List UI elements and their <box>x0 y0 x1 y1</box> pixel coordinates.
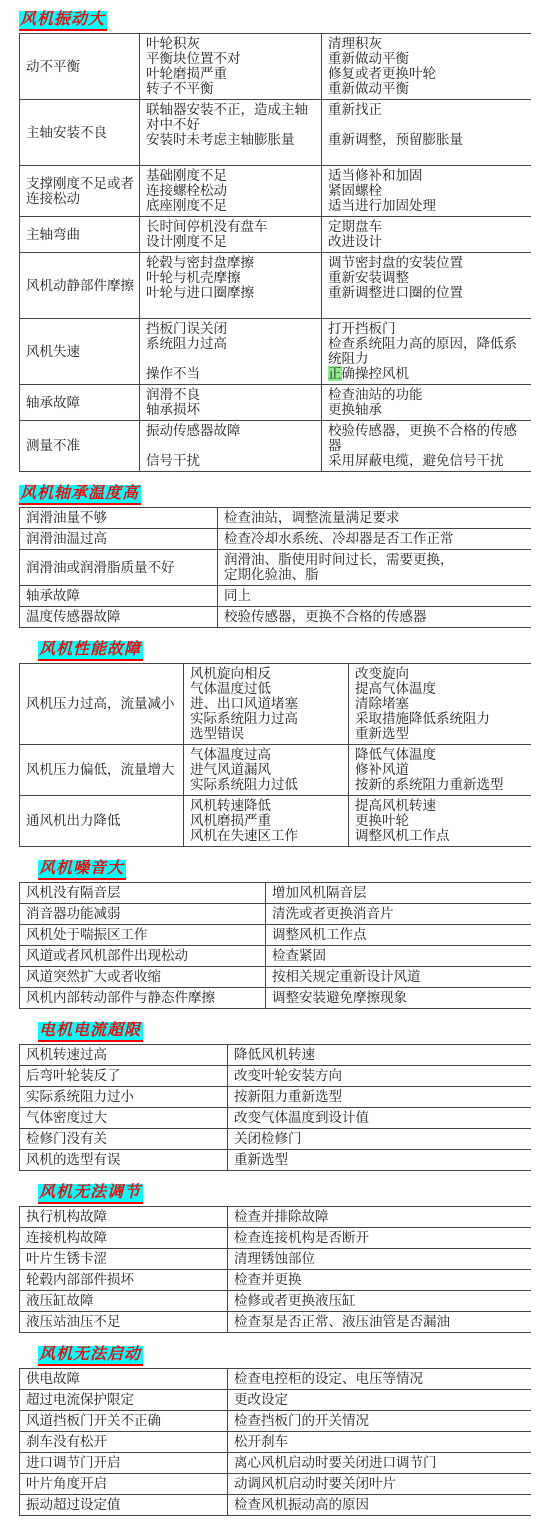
fault-row: 叶片角度开启动调风机启动时要关闭叶片 <box>20 1474 531 1495</box>
section-fan-noise-high: 风机噪音大风机没有隔音层增加风机隔音层消音器功能减弱清洗或者更换消音片风机处于喘… <box>19 860 531 1009</box>
cell-line: 正确操控风机 <box>328 366 527 381</box>
section-heading-wrap: 风机振动大 <box>19 11 531 31</box>
cell-line: 润滑油或润滑脂质量不好 <box>26 560 213 575</box>
cell-line: 松开刹车 <box>234 1434 527 1449</box>
fault-row: 风机处于喘振区工作调整风机工作点 <box>20 925 531 946</box>
remedy-cell: 定期盘车改进设计 <box>322 217 531 253</box>
cell-line: 润滑不良 <box>146 387 317 402</box>
cell-line: 通风机出力降低 <box>26 813 179 828</box>
fault-row: 轴承故障润滑不良轴承损坏检查油站的功能更换轴承 <box>20 385 531 421</box>
remedy-cell: 清洗或者更换消音片 <box>266 904 531 925</box>
cell-line <box>328 117 527 132</box>
cell-line: 气体密度过大 <box>26 1110 223 1125</box>
fault-row: 主轴安装不良联轴器安装不正，造成主轴对中不好安装时未考虑主轴膨胀量重新找正重新调… <box>20 100 531 166</box>
remedy-cell: 降低气体温度修补风道按新的系统阻力重新选型 <box>349 745 531 796</box>
cell-line: 轴承故障 <box>26 395 135 410</box>
fault-row: 润滑油量不够检查油站，调整流量满足要求 <box>20 508 531 529</box>
section-heading-fan-vibration-high: 风机振动大 <box>19 11 107 31</box>
fault-label-cell: 主轴安装不良 <box>20 100 140 166</box>
fault-label-cell: 轴承故障 <box>20 586 218 607</box>
fault-row: 主轴弯曲长时间停机没有盘车设计刚度不足定期盘车改进设计 <box>20 217 531 253</box>
remedy-cell: 检查泵是否正常、液压油管是否漏油 <box>228 1312 531 1333</box>
cell-line: 改变气体温度到设计值 <box>234 1110 527 1125</box>
cell-line: 改变旋向 <box>355 666 527 681</box>
cell-line: 动调风机启动时要关闭叶片 <box>234 1476 527 1491</box>
section-fan-bearing-temp-high: 风机轴承温度高润滑油量不够检查油站，调整流量满足要求润滑油温过高检查冷却水系统、… <box>19 485 531 628</box>
cell-line: 离心风机启动时要关闭进口调节门 <box>234 1455 527 1470</box>
cell-line: 振动超过设定值 <box>26 1497 223 1512</box>
cell-line: 安装时未考虑主轴膨胀量 <box>146 132 317 147</box>
remedy-cell: 检查连接机构是否断开 <box>228 1228 531 1249</box>
cell-line: 风机压力偏低，流量增大 <box>26 762 179 777</box>
cell-line: 检查挡板门的开关情况 <box>234 1413 527 1428</box>
remedy-cell: 改变气体温度到设计值 <box>228 1108 531 1129</box>
fault-label-cell: 风机压力过高，流量减小 <box>20 664 184 745</box>
fault-label-cell: 风机没有隔音层 <box>20 883 266 904</box>
section-fan-cannot-start: 风机无法启动供电故障检查电控柜的设定、电压等情况超过电流保护限定更改设定风道挡板… <box>19 1346 531 1516</box>
cell-line: 采取措施降低系统阻力 <box>355 711 527 726</box>
remedy-cell: 检查电控柜的设定、电压等情况 <box>228 1369 531 1390</box>
cause-cell: 叶轮积灰平衡块位置不对叶轮磨损严重转子不平衡 <box>140 34 322 100</box>
remedy-cell: 调整风机工作点 <box>266 925 531 946</box>
fault-row: 风机内部转动部件与静态件摩擦调整安装避免摩擦现象 <box>20 988 531 1009</box>
highlighted-text: 正 <box>328 366 342 381</box>
cell-line: 风道挡板门开关不正确 <box>26 1413 223 1428</box>
cell-line: 重新选型 <box>355 726 527 741</box>
cell-line: 测量不准 <box>26 438 135 453</box>
cell-line: 风机的选型有误 <box>26 1152 223 1167</box>
cell-line: 风机没有隔音层 <box>26 885 261 900</box>
cell-line: 气体温度过高 <box>190 747 344 762</box>
fault-table-fan-cannot-start: 供电故障检查电控柜的设定、电压等情况超过电流保护限定更改设定风道挡板门开关不正确… <box>19 1368 531 1516</box>
cause-cell: 气体温度过高进气风道漏风实际系统阻力过低 <box>184 745 349 796</box>
cell-line: 后弯叶轮装反了 <box>26 1068 223 1083</box>
cell-line: 供电故障 <box>26 1371 223 1386</box>
cell-line: 叶片生锈卡涩 <box>26 1251 223 1266</box>
remedy-cell: 清理锈蚀部位 <box>228 1249 531 1270</box>
section-fan-vibration-high: 风机振动大动不平衡叶轮积灰平衡块位置不对叶轮磨损严重转子不平衡清理积灰重新做动平… <box>19 11 531 472</box>
cell-line: 清洗或者更换消音片 <box>272 906 527 921</box>
fault-label-cell: 叶片生锈卡涩 <box>20 1249 228 1270</box>
cause-cell: 风机旋向相反气体温度过低进、出口风道堵塞实际系统阻力过高选型错误 <box>184 664 349 745</box>
cell-line: 调节密封盘的安装位置 <box>328 255 527 270</box>
cause-cell: 长时间停机没有盘车设计刚度不足 <box>140 217 322 253</box>
cell-line: 更换叶轮 <box>355 813 527 828</box>
cell-line: 更改设定 <box>234 1392 527 1407</box>
cause-cell: 联轴器安装不正，造成主轴对中不好安装时未考虑主轴膨胀量 <box>140 100 322 166</box>
cell-line: 改进设计 <box>328 234 527 249</box>
cell-line: 选型错误 <box>190 726 344 741</box>
fault-row: 风机转速过高降低风机转速 <box>20 1045 531 1066</box>
cell-line: 打开挡板门 <box>328 321 527 336</box>
fault-label-cell: 叶片角度开启 <box>20 1474 228 1495</box>
remedy-cell: 提高风机转速更换叶轮调整风机工作点 <box>349 796 531 847</box>
cell-line: 刹车没有松开 <box>26 1434 223 1449</box>
cell-line: 重新做动平衡 <box>328 81 527 96</box>
remedy-cell: 同上 <box>218 586 531 607</box>
cell-line: 叶轮积灰 <box>146 36 317 51</box>
fault-label-cell: 动不平衡 <box>20 34 140 100</box>
remedy-cell: 改变旋向提高气体温度清除堵塞采取措施降低系统阻力重新选型 <box>349 664 531 745</box>
fault-row: 风机动静部件摩擦轮毂与密封盘摩擦叶轮与机壳摩擦叶轮与进口圈摩擦调节密封盘的安装位… <box>20 253 531 319</box>
cell-line: 基础刚度不足 <box>146 168 317 183</box>
cell-line: 实际系统阻力过小 <box>26 1089 223 1104</box>
cell-line: 检修或者更换液压缸 <box>234 1293 527 1308</box>
cell-line: 降低气体温度 <box>355 747 527 762</box>
cell-line: 清理锈蚀部位 <box>234 1251 527 1266</box>
cell-line: 进气风道漏风 <box>190 762 344 777</box>
fault-row: 通风机出力降低风机转速降低风机磨损严重风机在失速区工作提高风机转速更换叶轮调整风… <box>20 796 531 847</box>
cause-cell: 风机转速降低风机磨损严重风机在失速区工作 <box>184 796 349 847</box>
remedy-cell: 检查油站的功能更换轴承 <box>322 385 531 421</box>
remedy-cell: 润滑油、脂使用时间过长，需要更换，定期化验油、脂 <box>218 550 531 586</box>
fault-row: 叶片生锈卡涩清理锈蚀部位 <box>20 1249 531 1270</box>
fault-row: 润滑油或润滑脂质量不好润滑油、脂使用时间过长，需要更换，定期化验油、脂 <box>20 550 531 586</box>
cell-line: 系统阻力过高 <box>146 336 317 351</box>
cell-line <box>146 147 317 162</box>
fault-row: 动不平衡叶轮积灰平衡块位置不对叶轮磨损严重转子不平衡清理积灰重新做动平衡修复或者… <box>20 34 531 100</box>
cell-line: 适当修补和加固 <box>328 168 527 183</box>
fault-table-fan-bearing-temp-high: 润滑油量不够检查油站，调整流量满足要求润滑油温过高检查冷却水系统、冷却器是否工作… <box>19 507 531 628</box>
cell-line <box>146 351 317 366</box>
fault-table-fan-noise-high: 风机没有隔音层增加风机隔音层消音器功能减弱清洗或者更换消音片风机处于喘振区工作调… <box>19 882 531 1009</box>
fault-label-cell: 风机内部转动部件与静态件摩擦 <box>20 988 266 1009</box>
cell-line: 检查并更换 <box>234 1272 527 1287</box>
fault-row: 测量不准振动传感器故障信号干扰校验传感器，更换不合格的传感器采用屏蔽电缆，避免信… <box>20 421 531 472</box>
fault-label-cell: 润滑油或润滑脂质量不好 <box>20 550 218 586</box>
remedy-cell: 调节密封盘的安装位置重新安装调整重新调整进口圈的位置 <box>322 253 531 319</box>
fault-row: 风机的选型有误重新选型 <box>20 1150 531 1171</box>
fault-label-cell: 执行机构故障 <box>20 1207 228 1228</box>
cell-line: 校验传感器，更换不合格的传感器 <box>328 423 527 453</box>
cell-line: 风机在失速区工作 <box>190 828 344 843</box>
cell-line: 风机转速过高 <box>26 1047 223 1062</box>
fault-table-fan-vibration-high: 动不平衡叶轮积灰平衡块位置不对叶轮磨损严重转子不平衡清理积灰重新做动平衡修复或者… <box>19 33 531 472</box>
fault-sections-container: 风机振动大动不平衡叶轮积灰平衡块位置不对叶轮磨损严重转子不平衡清理积灰重新做动平… <box>19 11 531 1516</box>
cell-line: 重新安装调整 <box>328 270 527 285</box>
fault-label-cell: 主轴弯曲 <box>20 217 140 253</box>
cell-line <box>146 438 317 453</box>
fault-label-cell: 液压缸故障 <box>20 1291 228 1312</box>
cell-line: 清理积灰 <box>328 36 527 51</box>
cell-line: 更换轴承 <box>328 402 527 417</box>
cell-line: 信号干扰 <box>146 453 317 468</box>
section-heading-motor-current-over-limit: 电机电流超限 <box>38 1022 143 1042</box>
cell-line: 转子不平衡 <box>146 81 317 96</box>
fault-label-cell: 气体密度过大 <box>20 1108 228 1129</box>
cell-line: 实际系统阻力过低 <box>190 777 344 792</box>
plain-text: 确操控风机 <box>342 366 410 381</box>
fault-table-motor-current-over-limit: 风机转速过高降低风机转速后弯叶轮装反了改变叶轮安装方向实际系统阻力过小按新阻力重… <box>19 1044 531 1171</box>
fault-label-cell: 测量不准 <box>20 421 140 472</box>
cell-line <box>146 300 317 315</box>
cell-line: 定期化验油、脂 <box>224 567 527 582</box>
cell-line: 进、出口风道堵塞 <box>190 696 344 711</box>
cause-cell: 振动传感器故障信号干扰 <box>140 421 322 472</box>
cell-line: 风机失速 <box>26 344 135 359</box>
fault-label-cell: 刹车没有松开 <box>20 1432 228 1453</box>
remedy-cell: 改变叶轮安装方向 <box>228 1066 531 1087</box>
cell-line: 底座刚度不足 <box>146 198 317 213</box>
fault-row: 振动超过设定值检查风机振动高的原因 <box>20 1495 531 1516</box>
remedy-cell: 降低风机转速 <box>228 1045 531 1066</box>
cell-line: 润滑油量不够 <box>26 510 213 525</box>
fault-row: 检修门没有关关闭检修门 <box>20 1129 531 1150</box>
cell-line: 轮毂与密封盘摩擦 <box>146 255 317 270</box>
cell-line: 重新做动平衡 <box>328 51 527 66</box>
cell-line: 重新选型 <box>234 1152 527 1167</box>
cell-line: 调整安装避免摩擦现象 <box>272 990 527 1005</box>
cell-line: 叶片角度开启 <box>26 1476 223 1491</box>
section-heading-wrap: 风机噪音大 <box>38 860 531 880</box>
cause-cell: 挡板门误关闭系统阻力过高操作不当 <box>140 319 322 385</box>
cell-line: 检查泵是否正常、液压油管是否漏油 <box>234 1314 527 1329</box>
cell-line: 主轴安装不良 <box>26 125 135 140</box>
cell-line: 平衡块位置不对 <box>146 51 317 66</box>
cell-line: 风机转速降低 <box>190 798 344 813</box>
remedy-cell: 松开刹车 <box>228 1432 531 1453</box>
remedy-cell: 按相关规定重新设计风道 <box>266 967 531 988</box>
cell-line: 挡板门误关闭 <box>146 321 317 336</box>
fault-row: 超过电流保护限定更改设定 <box>20 1390 531 1411</box>
fault-label-cell: 振动超过设定值 <box>20 1495 228 1516</box>
cell-line: 振动传感器故障 <box>146 423 317 438</box>
fault-row: 轮毂内部部件损坏检查并更换 <box>20 1270 531 1291</box>
cell-line: 检查系统阻力高的原因，降低系统阻力 <box>328 336 527 366</box>
fault-label-cell: 液压站油压不足 <box>20 1312 228 1333</box>
cell-line: 气体温度过低 <box>190 681 344 696</box>
cell-line: 进口调节门开启 <box>26 1455 223 1470</box>
cell-line: 定期盘车 <box>328 219 527 234</box>
fault-row: 风机没有隔音层增加风机隔音层 <box>20 883 531 904</box>
cell-line: 适当进行加固处理 <box>328 198 527 213</box>
fault-row: 支撑刚度不足或者连接松动基础刚度不足连接螺栓松动底座刚度不足适当修补和加固紧固螺… <box>20 166 531 217</box>
fault-row: 刹车没有松开松开刹车 <box>20 1432 531 1453</box>
fault-row: 连接机构故障检查连接机构是否断开 <box>20 1228 531 1249</box>
fault-label-cell: 检修门没有关 <box>20 1129 228 1150</box>
cell-line: 操作不当 <box>146 366 317 381</box>
cell-line: 降低风机转速 <box>234 1047 527 1062</box>
fault-label-cell: 轮毂内部部件损坏 <box>20 1270 228 1291</box>
fault-label-cell: 风道或者风机部件出现松动 <box>20 946 266 967</box>
fault-label-cell: 风机处于喘振区工作 <box>20 925 266 946</box>
cell-line: 液压缸故障 <box>26 1293 223 1308</box>
cell-line: 实际系统阻力过高 <box>190 711 344 726</box>
fault-row: 后弯叶轮装反了改变叶轮安装方向 <box>20 1066 531 1087</box>
cell-line: 动不平衡 <box>26 59 135 74</box>
fault-label-cell: 后弯叶轮装反了 <box>20 1066 228 1087</box>
section-heading-fan-cannot-start: 风机无法启动 <box>38 1346 143 1366</box>
cell-line: 修复或者更换叶轮 <box>328 66 527 81</box>
fault-table-fan-performance-fault: 风机压力过高，流量减小风机旋向相反气体温度过低进、出口风道堵塞实际系统阻力过高选… <box>19 663 531 847</box>
cause-cell: 轮毂与密封盘摩擦叶轮与机壳摩擦叶轮与进口圈摩擦 <box>140 253 322 319</box>
cell-line: 轮毂内部部件损坏 <box>26 1272 223 1287</box>
fault-row: 液压站油压不足检查泵是否正常、液压油管是否漏油 <box>20 1312 531 1333</box>
remedy-cell: 关闭检修门 <box>228 1129 531 1150</box>
cell-line: 叶轮与机壳摩擦 <box>146 270 317 285</box>
cell-line: 设计刚度不足 <box>146 234 317 249</box>
fault-row: 温度传感器故障校验传感器，更换不合格的传感器 <box>20 607 531 628</box>
cell-line: 按新的系统阻力重新选型 <box>355 777 527 792</box>
cell-line: 联轴器安装不正，造成主轴对中不好 <box>146 102 317 132</box>
fault-label-cell: 风道突然扩大或者收缩 <box>20 967 266 988</box>
cell-line: 检查风机振动高的原因 <box>234 1497 527 1512</box>
fault-label-cell: 风机转速过高 <box>20 1045 228 1066</box>
cell-line: 关闭检修门 <box>234 1131 527 1146</box>
cell-line: 采用屏蔽电缆，避免信号干扰 <box>328 453 527 468</box>
fault-label-cell: 风机动静部件摩擦 <box>20 253 140 319</box>
fault-row: 风道挡板门开关不正确检查挡板门的开关情况 <box>20 1411 531 1432</box>
fault-label-cell: 连接机构故障 <box>20 1228 228 1249</box>
fault-label-cell: 润滑油量不够 <box>20 508 218 529</box>
fault-label-cell: 实际系统阻力过小 <box>20 1087 228 1108</box>
remedy-cell: 清理积灰重新做动平衡修复或者更换叶轮重新做动平衡 <box>322 34 531 100</box>
remedy-cell: 增加风机隔音层 <box>266 883 531 904</box>
remedy-cell: 检查并更换 <box>228 1270 531 1291</box>
fault-row: 风机压力过高，流量减小风机旋向相反气体温度过低进、出口风道堵塞实际系统阻力过高选… <box>20 664 531 745</box>
section-fan-cannot-adjust: 风机无法调节执行机构故障检查并排除故障连接机构故障检查连接机构是否断开叶片生锈卡… <box>19 1184 531 1333</box>
cell-line: 风道或者风机部件出现松动 <box>26 948 261 963</box>
remedy-cell: 检查挡板门的开关情况 <box>228 1411 531 1432</box>
fault-row: 执行机构故障检查并排除故障 <box>20 1207 531 1228</box>
remedy-cell: 检查紧固 <box>266 946 531 967</box>
remedy-cell: 重新找正重新调整，预留膨胀量 <box>322 100 531 166</box>
fault-label-cell: 轴承故障 <box>20 385 140 421</box>
cell-line: 风机动静部件摩擦 <box>26 278 135 293</box>
fault-label-cell: 供电故障 <box>20 1369 228 1390</box>
fault-row: 风道或者风机部件出现松动检查紧固 <box>20 946 531 967</box>
cell-line: 增加风机隔音层 <box>272 885 527 900</box>
remedy-cell: 检查并排除故障 <box>228 1207 531 1228</box>
fault-row: 风道突然扩大或者收缩按相关规定重新设计风道 <box>20 967 531 988</box>
fault-label-cell: 润滑油温过高 <box>20 529 218 550</box>
section-heading-wrap: 风机轴承温度高 <box>19 485 531 505</box>
fault-row: 气体密度过大改变气体温度到设计值 <box>20 1108 531 1129</box>
fault-row: 供电故障检查电控柜的设定、电压等情况 <box>20 1369 531 1390</box>
cell-line: 执行机构故障 <box>26 1209 223 1224</box>
cell-line: 润滑油温过高 <box>26 531 213 546</box>
cell-line: 提高气体温度 <box>355 681 527 696</box>
cell-line: 风机内部转动部件与静态件摩擦 <box>26 990 261 1005</box>
cell-line: 风机处于喘振区工作 <box>26 927 261 942</box>
section-heading-wrap: 电机电流超限 <box>38 1022 531 1042</box>
fault-row: 轴承故障同上 <box>20 586 531 607</box>
cell-line: 检查油站的功能 <box>328 387 527 402</box>
cell-line: 改变叶轮安装方向 <box>234 1068 527 1083</box>
fault-label-cell: 超过电流保护限定 <box>20 1390 228 1411</box>
remedy-cell: 调整安装避免摩擦现象 <box>266 988 531 1009</box>
remedy-cell: 检查冷却水系统、冷却器是否工作正常 <box>218 529 531 550</box>
cell-line: 检修门没有关 <box>26 1131 223 1146</box>
cell-line: 检查连接机构是否断开 <box>234 1230 527 1245</box>
fault-row: 风机压力偏低，流量增大气体温度过高进气风道漏风实际系统阻力过低降低气体温度修补风… <box>20 745 531 796</box>
fault-table-fan-cannot-adjust: 执行机构故障检查并排除故障连接机构故障检查连接机构是否断开叶片生锈卡涩清理锈蚀部… <box>19 1206 531 1333</box>
section-heading-wrap: 风机性能故障 <box>38 641 531 661</box>
cell-line: 润滑油、脂使用时间过长，需要更换， <box>224 552 527 567</box>
section-heading-wrap: 风机无法调节 <box>38 1184 531 1204</box>
cell-line: 重新调整，预留膨胀量 <box>328 132 527 147</box>
cell-line: 同上 <box>224 588 527 603</box>
fault-label-cell: 支撑刚度不足或者连接松动 <box>20 166 140 217</box>
cell-line: 重新调整进口圈的位置 <box>328 285 527 300</box>
cell-line: 校验传感器，更换不合格的传感器 <box>224 609 527 624</box>
section-heading-fan-noise-high: 风机噪音大 <box>38 860 126 880</box>
cell-line: 液压站油压不足 <box>26 1314 223 1329</box>
fault-label-cell: 风机失速 <box>20 319 140 385</box>
remedy-cell: 离心风机启动时要关闭进口调节门 <box>228 1453 531 1474</box>
remedy-cell: 检修或者更换液压缸 <box>228 1291 531 1312</box>
remedy-cell: 检查风机振动高的原因 <box>228 1495 531 1516</box>
document-page: 风机振动大动不平衡叶轮积灰平衡块位置不对叶轮磨损严重转子不平衡清理积灰重新做动平… <box>0 0 541 1526</box>
cell-line: 风机磨损严重 <box>190 813 344 828</box>
cell-line: 修补风道 <box>355 762 527 777</box>
fault-label-cell: 消音器功能减弱 <box>20 904 266 925</box>
cell-line: 检查紧固 <box>272 948 527 963</box>
cell-line: 按新阻力重新选型 <box>234 1089 527 1104</box>
cell-line: 消音器功能减弱 <box>26 906 261 921</box>
cell-line: 检查油站，调整流量满足要求 <box>224 510 527 525</box>
section-heading-fan-performance-fault: 风机性能故障 <box>38 641 143 661</box>
cell-line: 检查冷却水系统、冷却器是否工作正常 <box>224 531 527 546</box>
remedy-cell: 校验传感器，更换不合格的传感器采用屏蔽电缆，避免信号干扰 <box>322 421 531 472</box>
remedy-cell: 检查油站，调整流量满足要求 <box>218 508 531 529</box>
section-heading-fan-cannot-adjust: 风机无法调节 <box>38 1184 143 1204</box>
section-motor-current-over-limit: 电机电流超限风机转速过高降低风机转速后弯叶轮装反了改变叶轮安装方向实际系统阻力过… <box>19 1022 531 1171</box>
cause-cell: 基础刚度不足连接螺栓松动底座刚度不足 <box>140 166 322 217</box>
fault-row: 进口调节门开启离心风机启动时要关闭进口调节门 <box>20 1453 531 1474</box>
cell-line: 连接螺栓松动 <box>146 183 317 198</box>
cause-cell: 润滑不良轴承损坏 <box>140 385 322 421</box>
remedy-cell: 适当修补和加固紧固螺栓适当进行加固处理 <box>322 166 531 217</box>
cell-line: 叶轮与进口圈摩擦 <box>146 285 317 300</box>
cell-line: 风道突然扩大或者收缩 <box>26 969 261 984</box>
fault-label-cell: 风机的选型有误 <box>20 1150 228 1171</box>
remedy-cell: 按新阻力重新选型 <box>228 1087 531 1108</box>
cell-line: 提高风机转速 <box>355 798 527 813</box>
fault-row: 风机失速挡板门误关闭系统阻力过高操作不当打开挡板门检查系统阻力高的原因，降低系统… <box>20 319 531 385</box>
fault-label-cell: 风道挡板门开关不正确 <box>20 1411 228 1432</box>
fault-label-cell: 通风机出力降低 <box>20 796 184 847</box>
section-fan-performance-fault: 风机性能故障风机压力过高，流量减小风机旋向相反气体温度过低进、出口风道堵塞实际系… <box>19 641 531 847</box>
section-heading-fan-bearing-temp-high: 风机轴承温度高 <box>19 485 141 505</box>
cell-line: 支撑刚度不足或者连接松动 <box>26 176 135 206</box>
cell-line: 叶轮磨损严重 <box>146 66 317 81</box>
fault-row: 液压缸故障检修或者更换液压缸 <box>20 1291 531 1312</box>
section-heading-wrap: 风机无法启动 <box>38 1346 531 1366</box>
cell-line: 检查并排除故障 <box>234 1209 527 1224</box>
cell-line: 风机压力过高，流量减小 <box>26 696 179 711</box>
fault-row: 实际系统阻力过小按新阻力重新选型 <box>20 1087 531 1108</box>
remedy-cell: 更改设定 <box>228 1390 531 1411</box>
cell-line: 调整风机工作点 <box>355 828 527 843</box>
cell-line: 清除堵塞 <box>355 696 527 711</box>
cell-line: 长时间停机没有盘车 <box>146 219 317 234</box>
fault-label-cell: 温度传感器故障 <box>20 607 218 628</box>
remedy-cell: 重新选型 <box>228 1150 531 1171</box>
fault-row: 润滑油温过高检查冷却水系统、冷却器是否工作正常 <box>20 529 531 550</box>
cell-line: 连接机构故障 <box>26 1230 223 1245</box>
cell-line: 按相关规定重新设计风道 <box>272 969 527 984</box>
cell-line: 轴承故障 <box>26 588 213 603</box>
fault-row: 消音器功能减弱清洗或者更换消音片 <box>20 904 531 925</box>
cell-line: 紧固螺栓 <box>328 183 527 198</box>
cell-line: 调整风机工作点 <box>272 927 527 942</box>
cell-line: 重新找正 <box>328 102 527 117</box>
cell-line: 风机旋向相反 <box>190 666 344 681</box>
cell-line: 检查电控柜的设定、电压等情况 <box>234 1371 527 1386</box>
remedy-cell: 校验传感器，更换不合格的传感器 <box>218 607 531 628</box>
remedy-cell: 动调风机启动时要关闭叶片 <box>228 1474 531 1495</box>
